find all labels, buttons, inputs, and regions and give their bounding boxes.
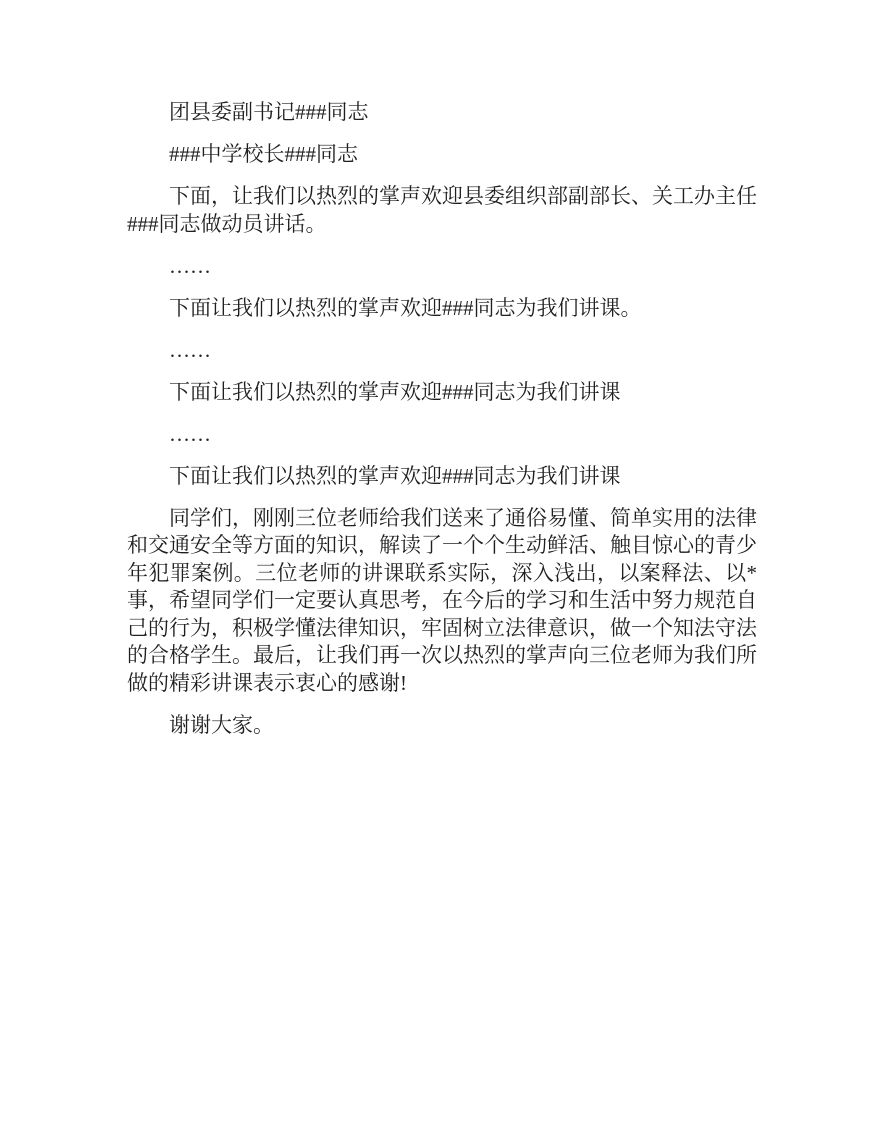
- paragraph-welcome-1: 下面让我们以热烈的掌声欢迎###同志为我们讲课。: [127, 295, 757, 323]
- paragraph-closing-remarks: 同学们，刚刚三位老师给我们送来了通俗易懂、简单实用的法律和交通安全等方面的知识，…: [127, 505, 757, 698]
- paragraph-thanks: 谢谢大家。: [127, 712, 757, 740]
- ellipsis-line-3: ……: [127, 421, 757, 449]
- document-page: 团县委副书记###同志 ###中学校长###同志 下面，让我们以热烈的掌声欢迎县…: [0, 0, 884, 1144]
- paragraph-salutation-2: ###中学校长###同志: [127, 141, 757, 169]
- paragraph-welcome-2: 下面让我们以热烈的掌声欢迎###同志为我们讲课: [127, 379, 757, 407]
- paragraph-welcome-3: 下面让我们以热烈的掌声欢迎###同志为我们讲课: [127, 463, 757, 491]
- ellipsis-line-2: ……: [127, 337, 757, 365]
- paragraph-announcement-1: 下面，让我们以热烈的掌声欢迎县委组织部副部长、关工办主任###同志做动员讲话。: [127, 183, 757, 238]
- ellipsis-line-1: ……: [127, 253, 757, 281]
- paragraph-salutation-1: 团县委副书记###同志: [127, 99, 757, 127]
